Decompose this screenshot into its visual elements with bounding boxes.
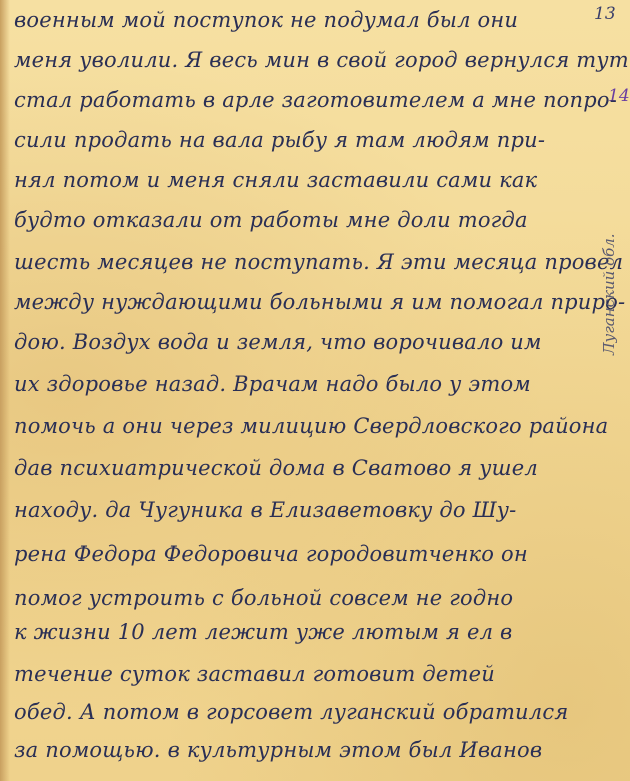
margin-note: Луганский обл.	[600, 233, 618, 355]
text-line-13: находу. да Чугуника в Елизаветовку до Шу…	[14, 498, 516, 522]
text-line-3: стал работать в арле заготовителем а мне…	[14, 88, 617, 112]
text-line-7: шесть месяцев не поступать. Я эти месяца…	[14, 250, 623, 274]
text-line-2: меня уволили. Я весь мин в свой город ве…	[14, 48, 629, 72]
text-line-16: к жизни 10 лет лежит уже лютым я ел в	[14, 620, 512, 644]
text-line-11: помочь а они через милицию Свердловского…	[14, 414, 608, 438]
text-line-12: дав психиатрической дома в Сватово я уше…	[14, 456, 538, 480]
manuscript-page: 13 14 военным мой поступок не подумал бы…	[0, 0, 630, 781]
text-line-5: нял потом и меня сняли заставили сами ка…	[14, 168, 537, 192]
text-line-1: военным мой поступок не подумал был они	[14, 8, 518, 32]
page-number-13: 13	[594, 4, 616, 24]
page-edge-shadow	[0, 0, 10, 781]
text-line-15: помог устроить с больной совсем не годно	[14, 586, 513, 610]
text-line-9: дою. Воздух вода и земля, что ворочивало…	[14, 330, 542, 354]
text-line-14: рена Федора Федоровича городовитченко он	[14, 542, 528, 566]
text-line-6: будто отказали от работы мне доли тогда	[14, 208, 528, 232]
text-line-4: сили продать на вала рыбу я там людям пр…	[14, 128, 545, 152]
text-line-10: их здоровье назад. Врачам надо было у эт…	[14, 372, 531, 396]
text-line-19: за помощью. в культурным этом был Иванов	[14, 738, 542, 762]
text-line-17: течение суток заставил готовит детей	[14, 662, 495, 686]
text-line-18: обед. А потом в горсовет луганский обрат…	[14, 700, 568, 724]
text-line-8: между нуждающими больными я им помогал п…	[14, 290, 625, 314]
